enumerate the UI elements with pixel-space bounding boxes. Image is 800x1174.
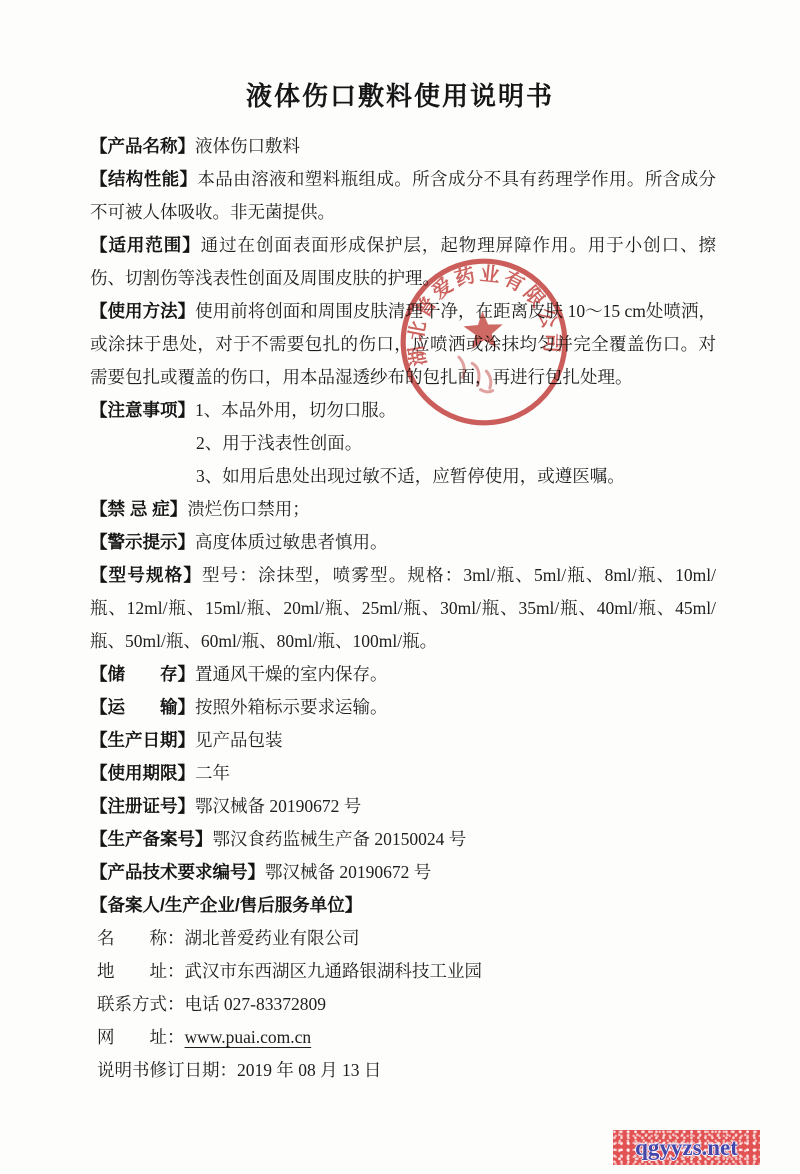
entry-text: 置通风干燥的室内保存。 — [195, 664, 388, 684]
entry-label: 【运 输】 — [90, 697, 195, 717]
entry-label: 【储 存】 — [90, 664, 195, 684]
entry-text: 按照外箱标示要求运输。 — [195, 697, 388, 717]
doc-entry: 【注册证号】鄂汉械备 20190672 号 — [90, 790, 716, 823]
doc-entry: 【储 存】置通风干燥的室内保存。 — [90, 658, 716, 691]
watermark-text: qgyyzs.net — [635, 1135, 738, 1161]
page-title: 液体伤口敷料使用说明书 — [0, 76, 800, 116]
doc-entry: 【生产备案号】鄂汉食药监械生产备 20150024 号 — [90, 823, 716, 856]
doc-entry: 【使用期限】二年 — [90, 757, 716, 790]
star-icon — [463, 310, 504, 349]
entry-label: 【使用方法】 — [90, 301, 195, 321]
contact-label: 网 址： — [97, 1027, 185, 1047]
website-link: www.puai.com.cn — [185, 1027, 312, 1047]
entry-label: 【结构性能】 — [90, 169, 197, 189]
entry-text: 高度体质过敏患者慎用。 — [195, 532, 388, 552]
doc-entry: 【结构性能】本品由溶液和塑料瓶组成。所含成分不具有药理学作用。所含成分不可被人体… — [90, 163, 716, 229]
doc-entry: 【生产日期】见产品包装 — [90, 724, 716, 757]
contact-line: 网 址：www.puai.com.cn — [90, 1021, 716, 1054]
entry-label: 【警示提示】 — [90, 532, 195, 552]
contact-line: 地 址：武汉市东西湖区九通路银湖科技工业园 — [90, 955, 716, 988]
entry-label: 【注册证号】 — [90, 796, 195, 816]
doc-entry: 【型号规格】型号：涂抹型，喷雾型。规格：3ml/瓶、5ml/瓶、8ml/瓶、10… — [90, 559, 716, 658]
entry-text: 溃烂伤口禁用； — [187, 499, 310, 519]
document-page: 液体伤口敷料使用说明书 【产品名称】液体伤口敷料【结构性能】本品由溶液和塑料瓶组… — [0, 0, 800, 1174]
entry-text: 见产品包装 — [195, 730, 283, 750]
doc-entry: 【警示提示】高度体质过敏患者慎用。 — [90, 526, 716, 559]
stamp-inner-marks — [459, 355, 493, 393]
entry-label: 【生产备案号】 — [90, 829, 213, 849]
entry-label: 【产品技术要求编号】 — [90, 862, 265, 882]
contact-line: 说明书修订日期：2019 年 08 月 13 日 — [90, 1054, 716, 1087]
entry-text: 二年 — [195, 763, 230, 783]
entry-label: 【注意事项】 — [90, 400, 195, 420]
contact-line: 名 称：湖北普爱药业有限公司 — [90, 922, 716, 955]
note-item: 1、本品外用，切勿口服。 — [195, 400, 396, 420]
note-item: 3、如用后患处出现过敏不适，应暂停使用，或遵医嘱。 — [90, 460, 716, 493]
company-seal-stamp-icon: 湖北普爱药业有限公司 — [394, 252, 575, 433]
entry-label: 【型号规格】 — [90, 565, 202, 585]
entry-label: 【禁 忌 症】 — [90, 499, 187, 519]
doc-entry: 【运 输】按照外箱标示要求运输。 — [90, 691, 716, 724]
entry-text: 鄂汉械备 20190672 号 — [265, 862, 431, 882]
contact-line: 联系方式：电话 027-83372809 — [90, 988, 716, 1021]
doc-entry: 【产品名称】液体伤口敷料 — [90, 130, 716, 163]
entry-label: 【备案人/生产企业/售后服务单位】 — [90, 895, 362, 915]
doc-entry: 【备案人/生产企业/售后服务单位】 — [90, 889, 716, 922]
entry-text: 鄂汉食药监械生产备 20150024 号 — [213, 829, 467, 849]
entry-text: 液体伤口敷料 — [195, 136, 300, 156]
entry-label: 【适用范围】 — [90, 235, 201, 255]
site-watermark: qgyyzs.net — [613, 1130, 760, 1165]
entry-label: 【使用期限】 — [90, 763, 195, 783]
entry-label: 【生产日期】 — [90, 730, 195, 750]
doc-entry: 【产品技术要求编号】鄂汉械备 20190672 号 — [90, 856, 716, 889]
entry-text: 鄂汉械备 20190672 号 — [195, 796, 361, 816]
entry-label: 【产品名称】 — [90, 136, 195, 156]
doc-entry: 【禁 忌 症】溃烂伤口禁用； — [90, 493, 716, 526]
